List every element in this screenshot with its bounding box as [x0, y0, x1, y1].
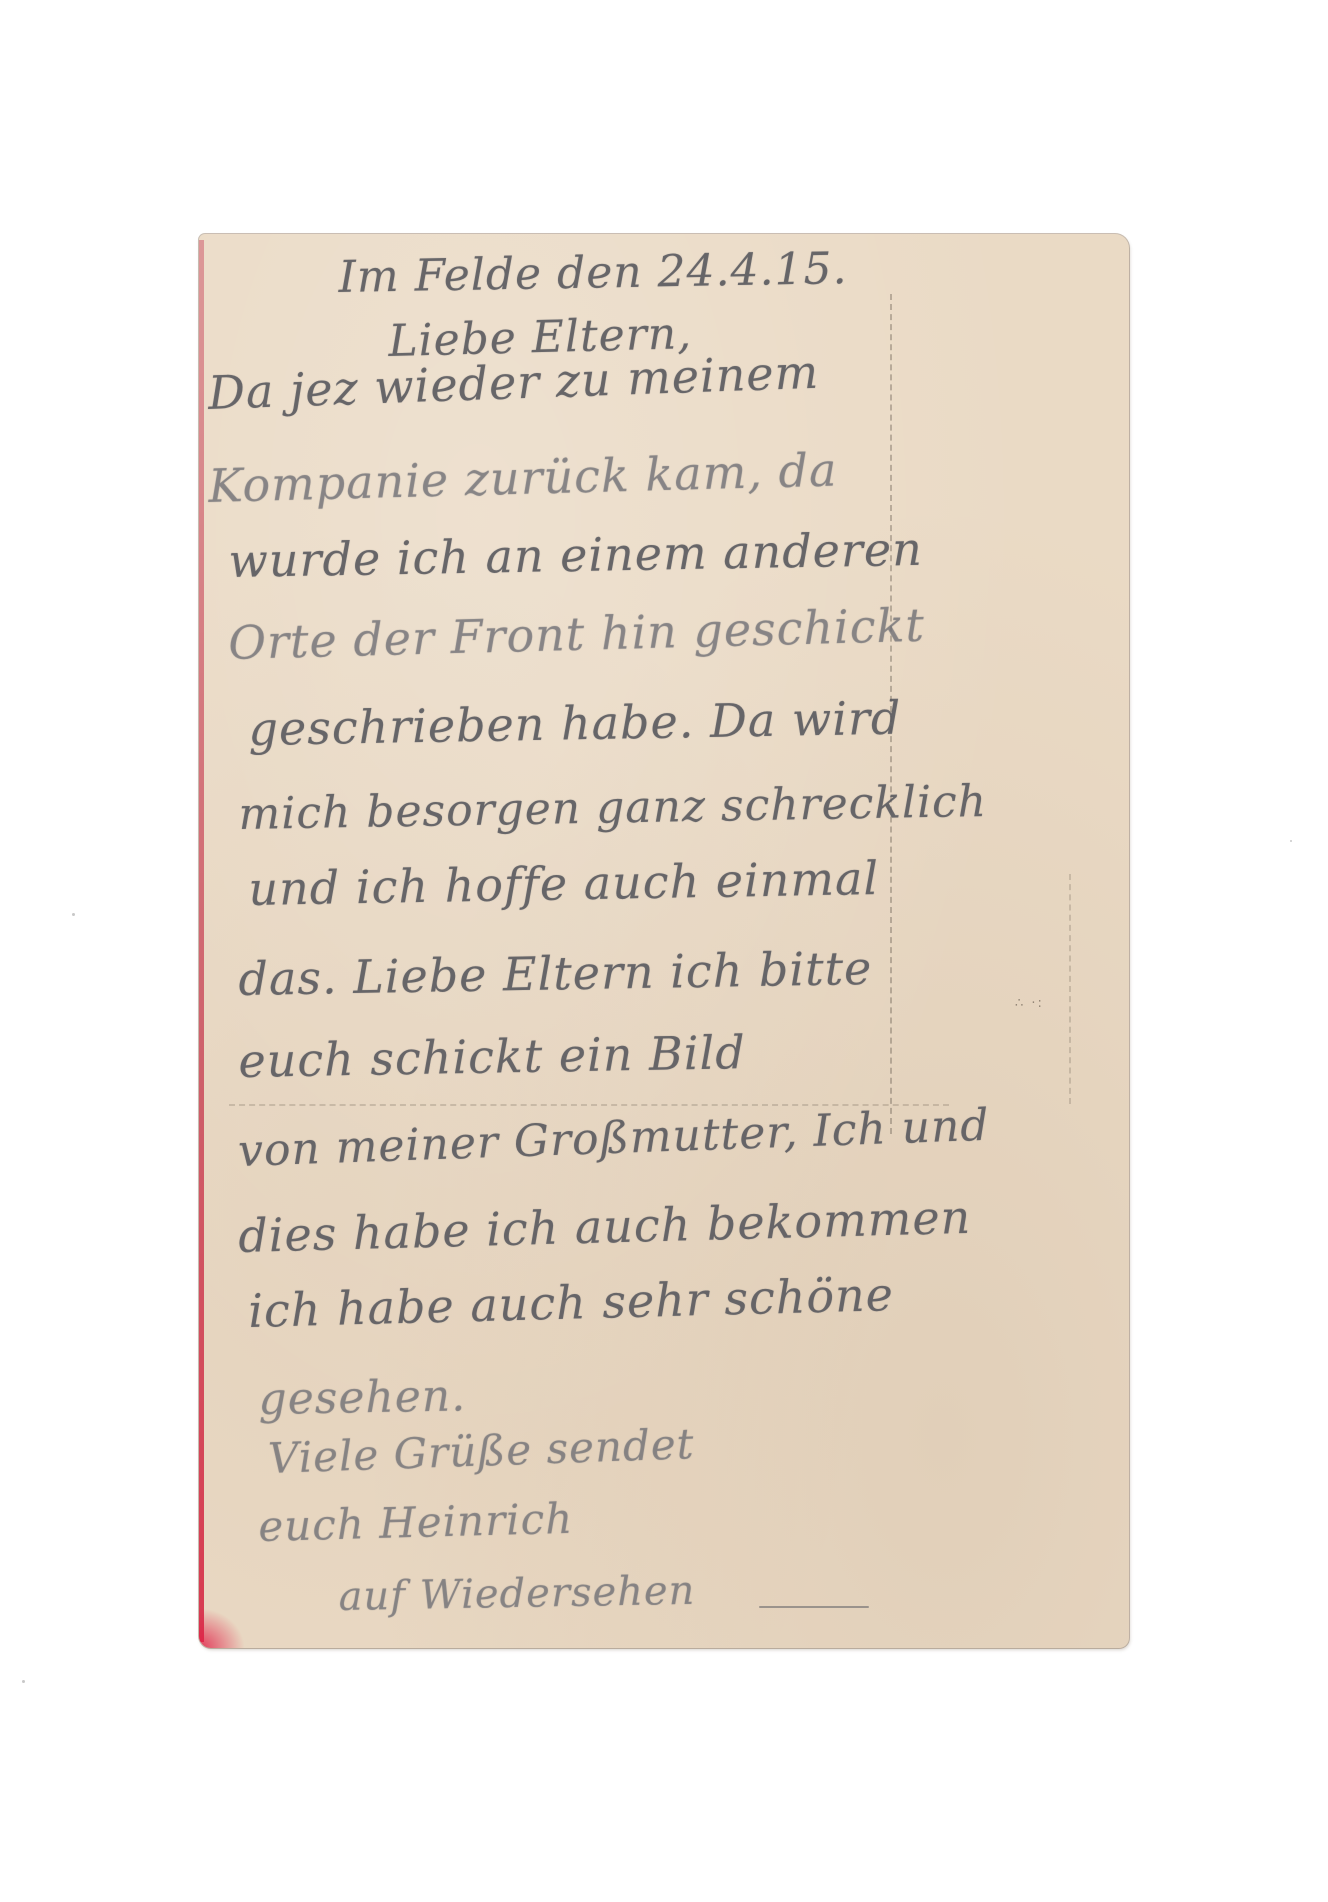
body-line-9: euch schickt ein Bild [238, 1025, 746, 1088]
body-line-4: Orte der Front hin geschickt [228, 598, 926, 670]
scan-speck [22, 1680, 25, 1683]
body-line-5: geschrieben habe. Da wird [248, 691, 902, 756]
body-line-8: das. Liebe Eltern ich bitte [238, 941, 873, 1006]
body-line-10: von meiner Großmutter, Ich und [237, 1100, 990, 1177]
signature-underline [759, 1606, 869, 1608]
stamp-box-mark: ∴ ·: [1015, 996, 1044, 1011]
body-line-1: Da jez wieder zu meinem [207, 345, 820, 420]
scan-speck [72, 913, 75, 916]
body-line-2: Kompanie zurück kam, da [208, 443, 838, 513]
body-line-11: dies habe ich auch bekommen [238, 1190, 972, 1263]
scan-speck [1290, 840, 1292, 842]
body-line-13: gesehen. [258, 1370, 466, 1425]
body-line-6: mich besorgen ganz schrecklich [238, 776, 987, 840]
closing-name: euch Heinrich [258, 1494, 574, 1551]
postcard-red-edge [199, 240, 204, 1642]
body-line-7: und ich hoffe auch einmal [248, 851, 879, 916]
closing-line: Viele Grüße sendet [267, 1419, 695, 1483]
postcard: ∴ ·: Im Felde den 24.4.15. Liebe Eltern,… [199, 234, 1129, 1648]
date-line: Im Felde den 24.4.15. [338, 243, 848, 303]
body-line-12: ich habe auch sehr schöne [248, 1267, 895, 1338]
postcard-red-corner [199, 1608, 245, 1648]
stamp-box-guide [1069, 874, 1071, 1104]
signature-line: auf Wiedersehen [338, 1568, 696, 1620]
body-line-3: wurde ich an einem anderen [228, 522, 923, 588]
